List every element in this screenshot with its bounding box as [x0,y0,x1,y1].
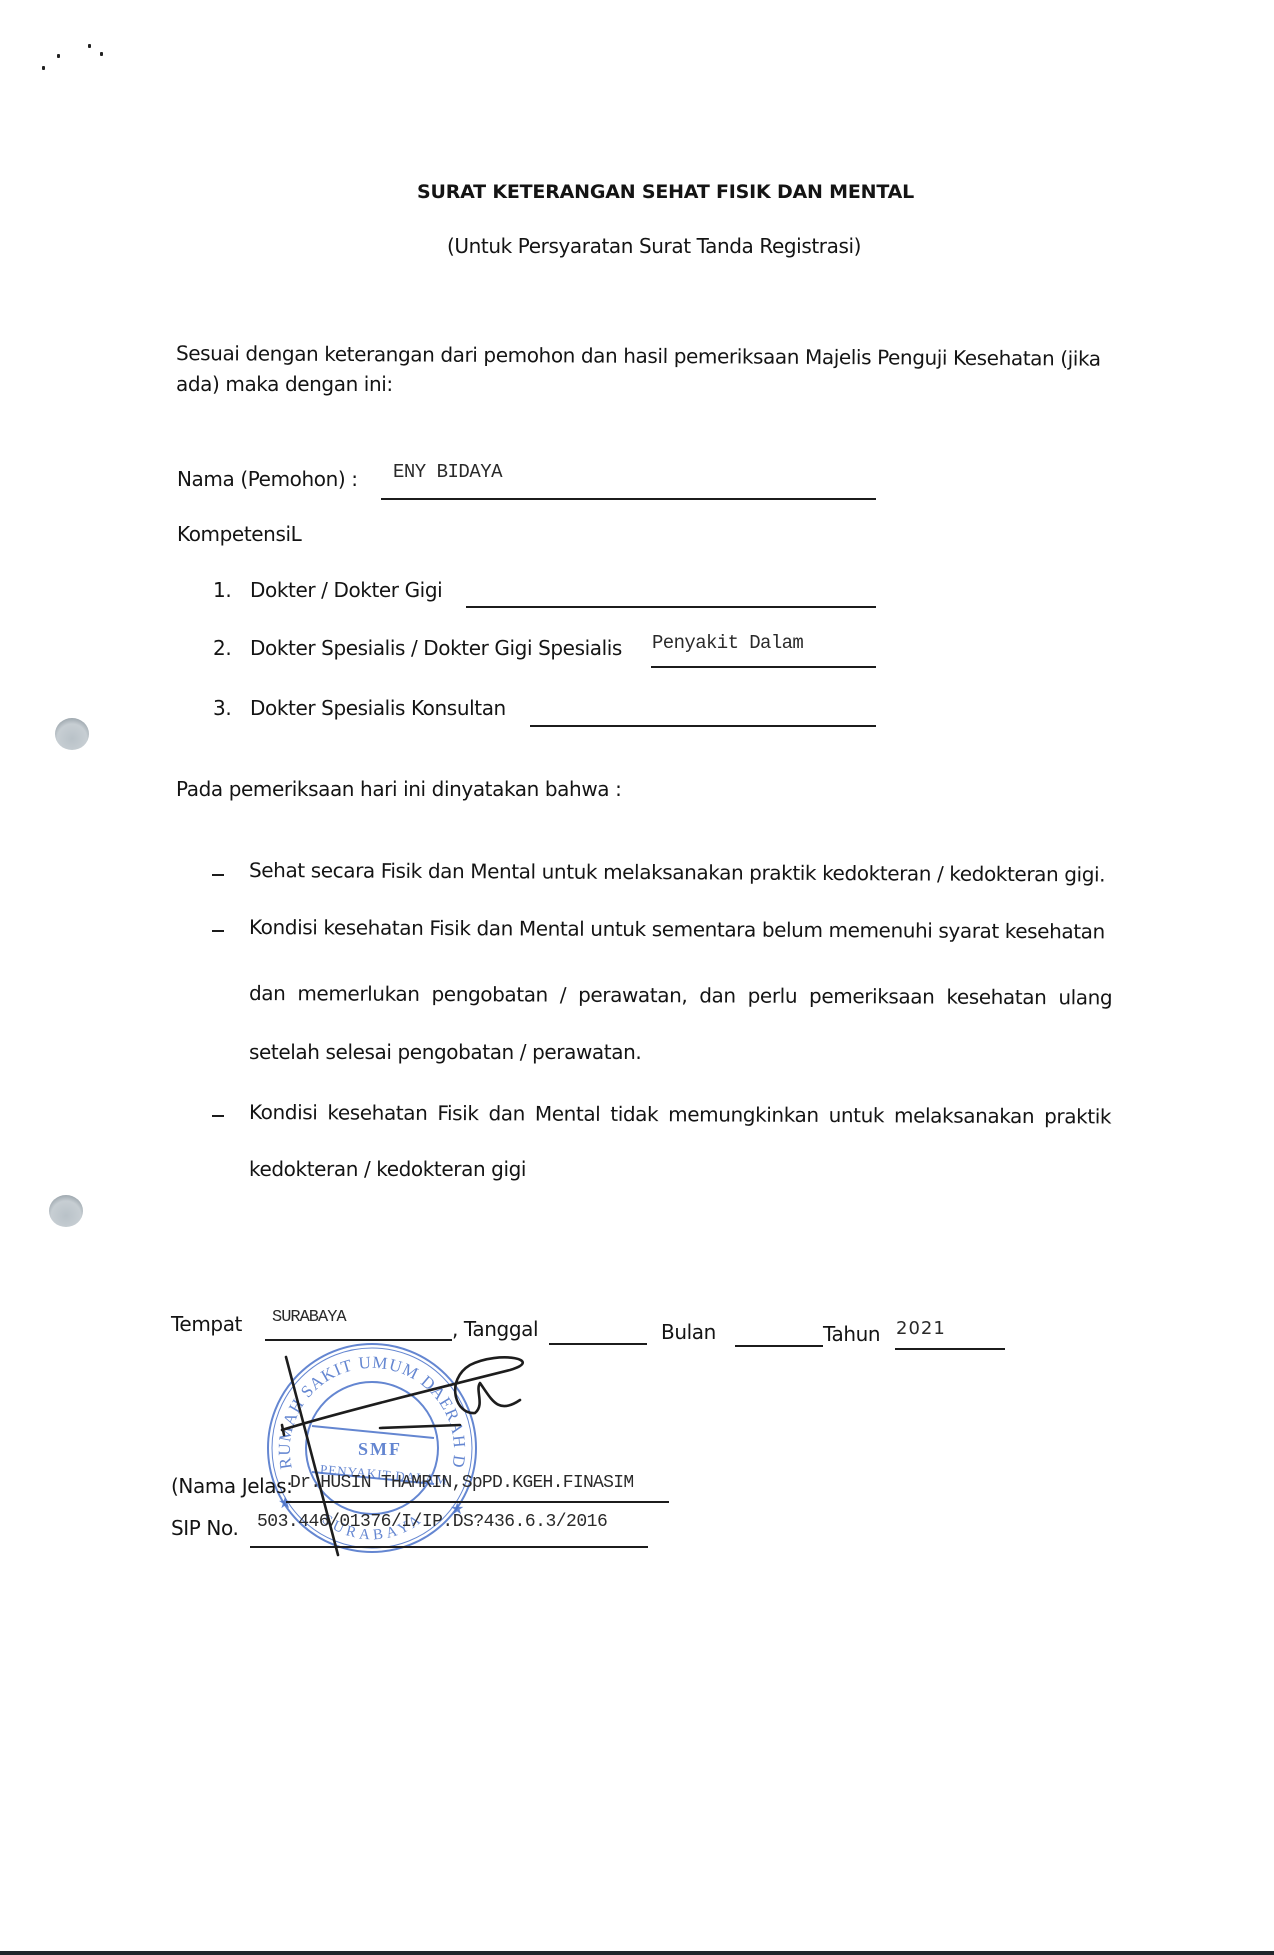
competency-item-3-number: 3. [213,696,231,720]
scan-speck [100,52,103,56]
statement-2-line2: dan memerlukan pengobatan / perawatan, d… [249,981,1112,1010]
applicant-underline [381,498,876,500]
punch-hole [49,1195,83,1227]
competency-item-2-underline [651,666,876,668]
competency-item-1-number: 1. [213,578,231,602]
signatory-name-underline [286,1501,669,1503]
statement-2-line1: Kondisi kesehatan Fisik dan Mental untuk… [249,915,1105,943]
scan-speck [57,54,60,58]
statement-1-line1: Sehat secara Fisik dan Mental untuk mela… [249,858,1105,886]
document-subtitle: (Untuk Persyaratan Surat Tanda Registras… [447,234,861,258]
competency-item-1-label: Dokter / Dokter Gigi [250,578,442,602]
document-title: SURAT KETERANGAN SEHAT FISIK DAN MENTAL [417,181,914,203]
signatory-name-value[interactable]: Dr.HUSIN THAMRIN,SpPD.KGEH.FINASIM [290,1473,633,1493]
intro-text-line2: ada) maka dengan ini: [176,372,393,396]
applicant-label: Nama (Pemohon) : [177,467,358,491]
sip-value[interactable]: 503.446/01376/I/IP.DS?436.6.3/2016 [257,1512,607,1532]
statement-1-bullet [212,874,224,876]
competency-item-2-value[interactable]: Penyakit Dalam [652,632,803,654]
year-underline [895,1348,1005,1350]
competency-item-2-number: 2. [213,636,231,660]
applicant-name-field[interactable]: ENY BIDAYA [393,461,502,483]
statement-3-line2: kedokteran / kedokteran gigi [249,1157,526,1181]
competency-item-3-label: Dokter Spesialis Konsultan [250,696,506,720]
place-value[interactable]: SURABAYA [272,1308,346,1327]
competency-label: KompetensiL [177,522,301,546]
place-label: Tempat [171,1312,242,1336]
statement-2-bullet [212,930,224,932]
scan-speck [88,44,91,48]
signature [270,1345,540,1565]
signatory-name-label: (Nama Jelas: [171,1474,293,1498]
date-field[interactable] [549,1343,647,1345]
competency-item-1-field[interactable] [466,606,876,608]
statement-2-line3: setelah selesai pengobatan / perawatan. [249,1040,641,1064]
scan-bottom-edge [0,1951,1274,1955]
year-label: Tahun [823,1322,880,1346]
statement-3-line1: Kondisi kesehatan Fisik dan Mental tidak… [249,1100,1111,1129]
scan-speck [42,66,45,70]
year-value[interactable]: 2021 [896,1318,946,1339]
intro-text-line1: Sesuai dengan keterangan dari pemohon da… [176,341,1101,371]
punch-hole [55,718,89,750]
month-label: Bulan [661,1320,716,1344]
month-field[interactable] [735,1345,823,1347]
competency-item-3-field[interactable] [530,725,876,727]
competency-item-2-label: Dokter Spesialis / Dokter Gigi Spesialis [250,636,622,660]
sip-underline [250,1546,648,1548]
statement-intro: Pada pemeriksaan hari ini dinyatakan bah… [176,777,621,801]
sip-label: SIP No. [171,1516,238,1540]
statement-3-bullet [212,1115,224,1117]
